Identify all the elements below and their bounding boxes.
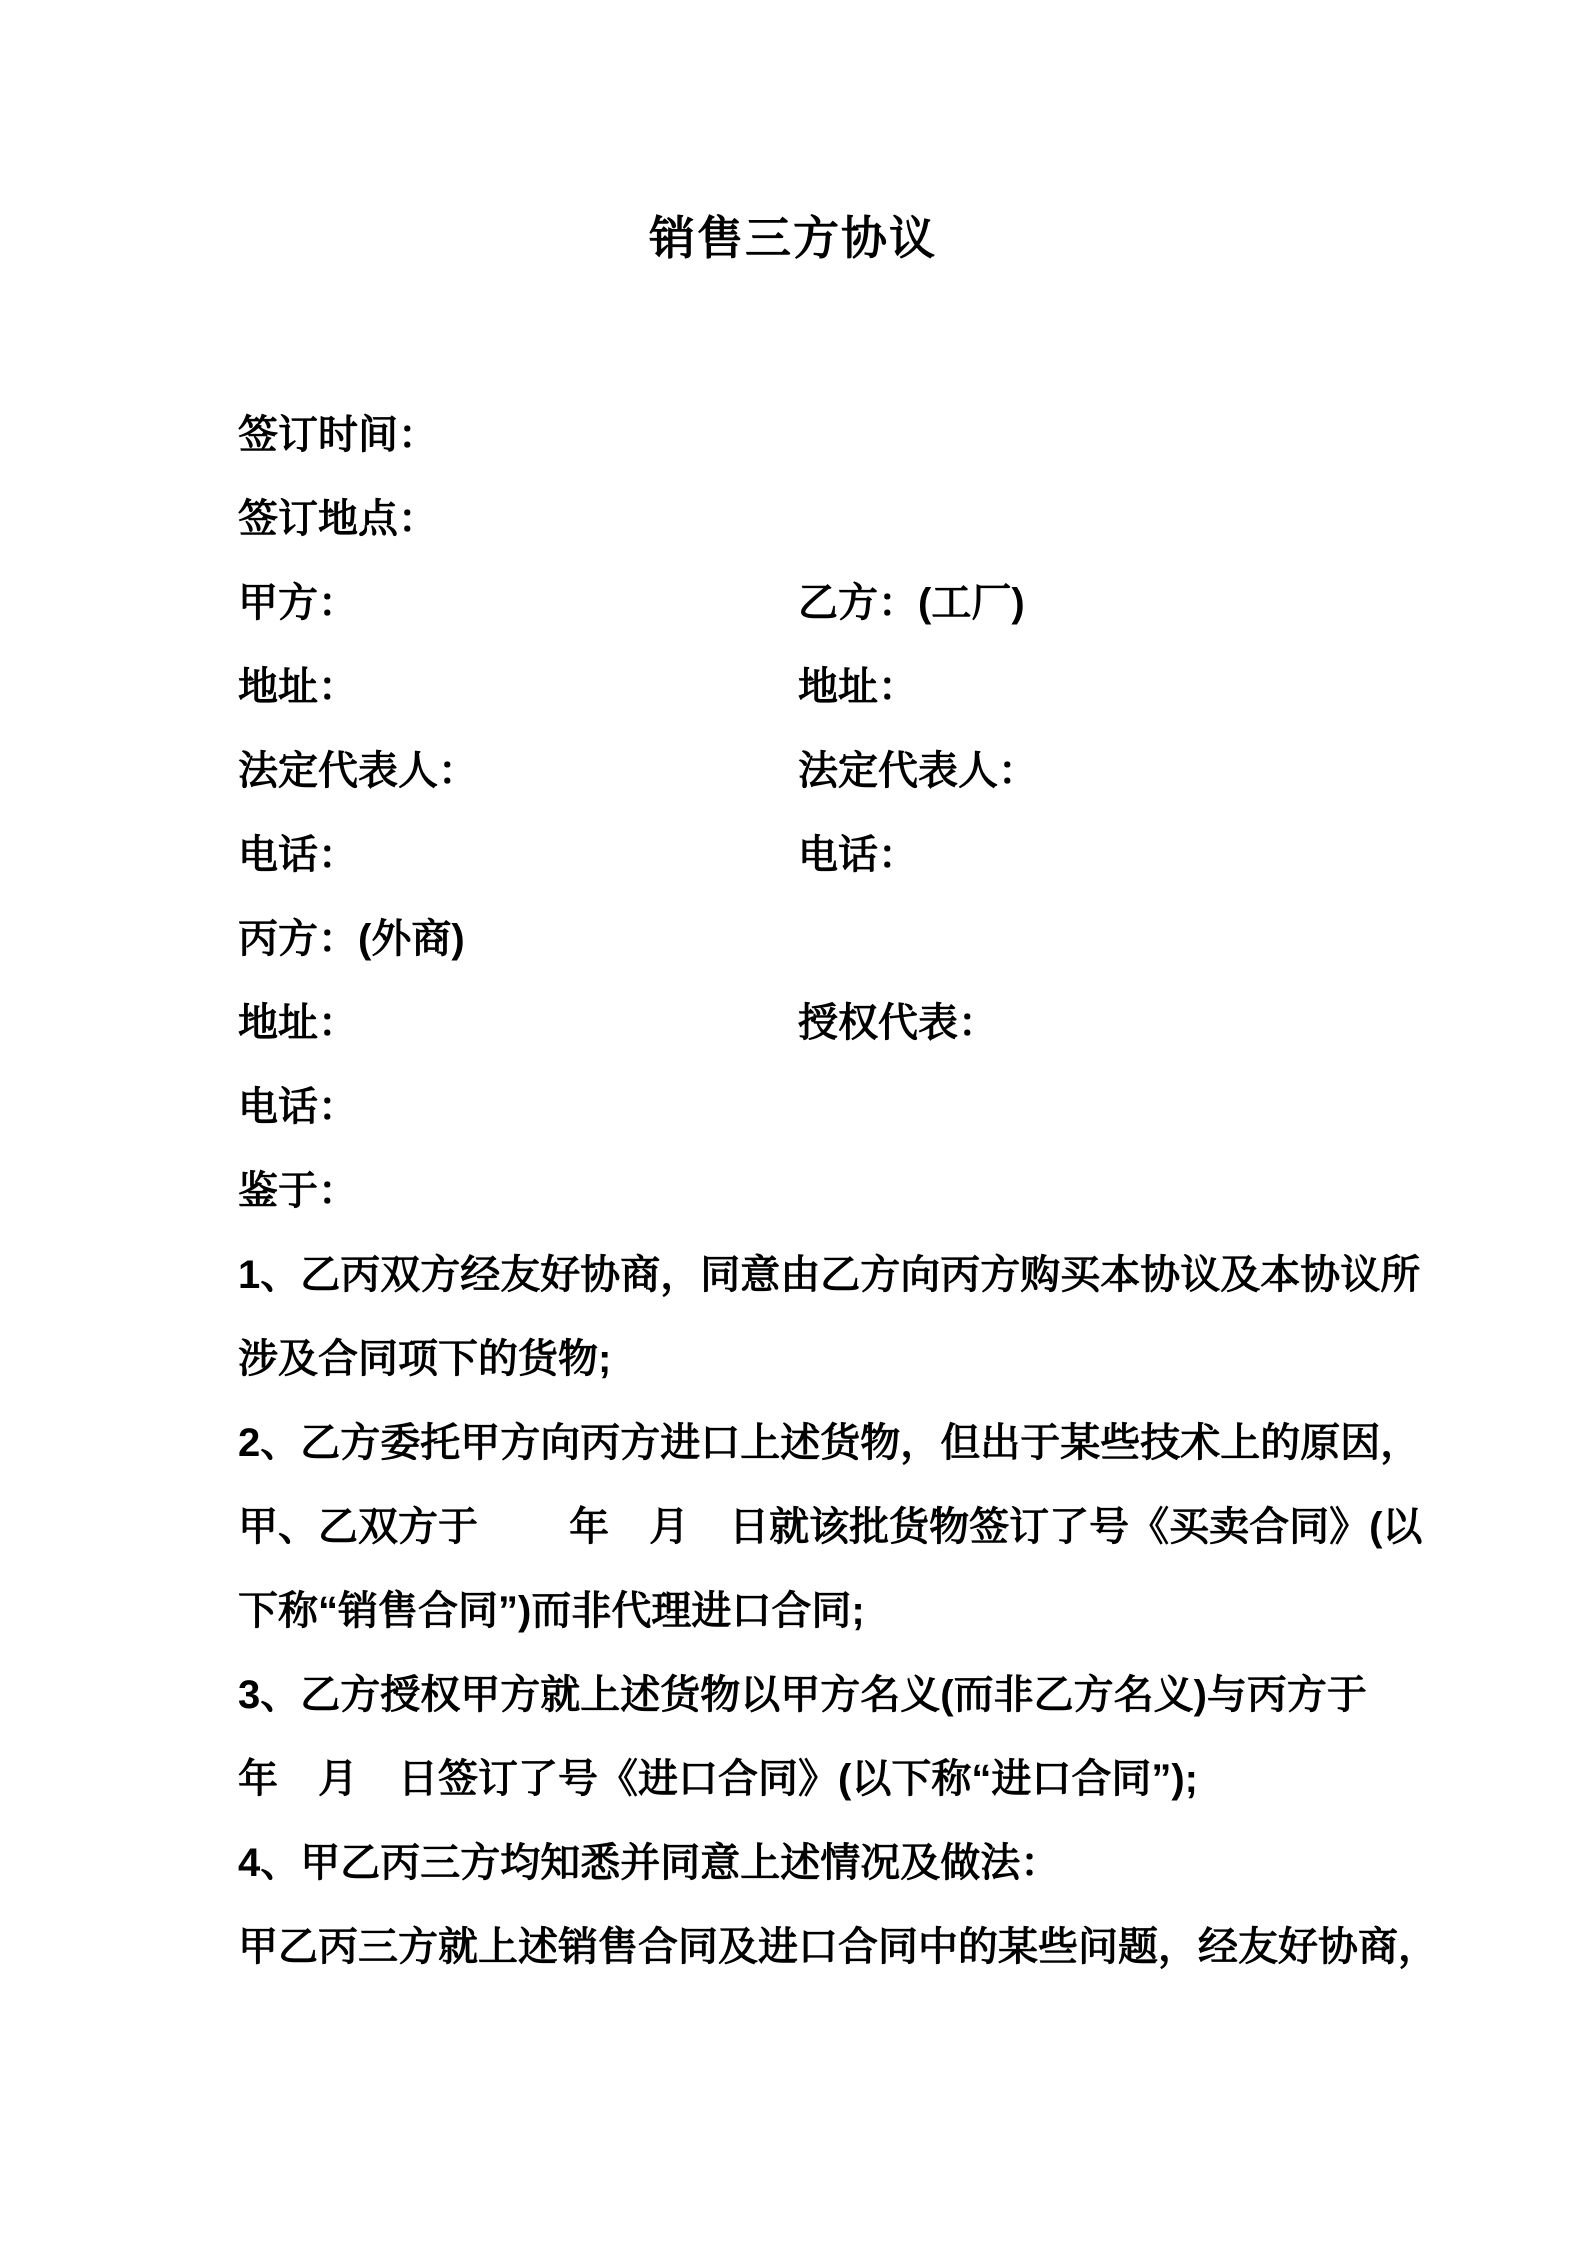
- contract-document-page: 销售三方协议 签订时间： 签订地点： 甲方： 乙方：(工厂) 地址： 地址： 法…: [0, 0, 1586, 2244]
- clause-line: 4、甲乙丙三方均知悉并同意上述情况及做法：: [238, 1840, 1060, 1886]
- field-party-b-address-label: 地址：: [798, 664, 918, 710]
- page-title: 销售三方协议: [0, 212, 1586, 264]
- field-party-b-label: 乙方：(工厂): [798, 580, 1025, 626]
- clause-line: 下称“销售合同”)而非代理进口合同;: [238, 1588, 865, 1634]
- clause-line: 1、乙丙双方经友好协商，同意由乙方向丙方购买本协议及本协议所: [238, 1252, 1420, 1298]
- field-authorized-rep-label: 授权代表：: [798, 1000, 998, 1046]
- field-party-b-phone-label: 电话：: [798, 832, 918, 878]
- clause-line: 涉及合同项下的货物;: [238, 1336, 611, 1382]
- field-party-b-legal-rep-label: 法定代表人：: [798, 748, 1038, 794]
- field-party-a-label: 甲方：: [238, 580, 358, 626]
- field-party-a-phone-label: 电话：: [238, 832, 358, 878]
- whereas-label: 鉴于：: [238, 1168, 358, 1214]
- field-party-a-legal-rep-label: 法定代表人：: [238, 748, 478, 794]
- clause-line: 3、乙方授权甲方就上述货物以甲方名义(而非乙方名义)与丙方于: [238, 1672, 1367, 1718]
- clause-line: 年 月 日签订了号《进口合同》(以下称“进口合同”);: [238, 1756, 1198, 1802]
- clause-line: 甲、乙双方于 年 月 日就该批货物签订了号《买卖合同》(以: [238, 1504, 1422, 1550]
- clause-line: 甲乙丙三方就上述销售合同及进口合同中的某些问题，经友好协商，: [238, 1924, 1438, 1970]
- field-party-a-address-label: 地址：: [238, 664, 358, 710]
- field-party-c-label: 丙方：(外商): [238, 916, 465, 962]
- clause-line: 2、乙方委托甲方向丙方进口上述货物，但出于某些技术上的原因，: [238, 1420, 1420, 1466]
- field-sign-place-label: 签订地点：: [238, 496, 438, 542]
- field-party-c-phone-label: 电话：: [238, 1084, 358, 1130]
- field-party-c-address-label: 地址：: [238, 1000, 358, 1046]
- field-sign-time-label: 签订时间：: [238, 412, 438, 458]
